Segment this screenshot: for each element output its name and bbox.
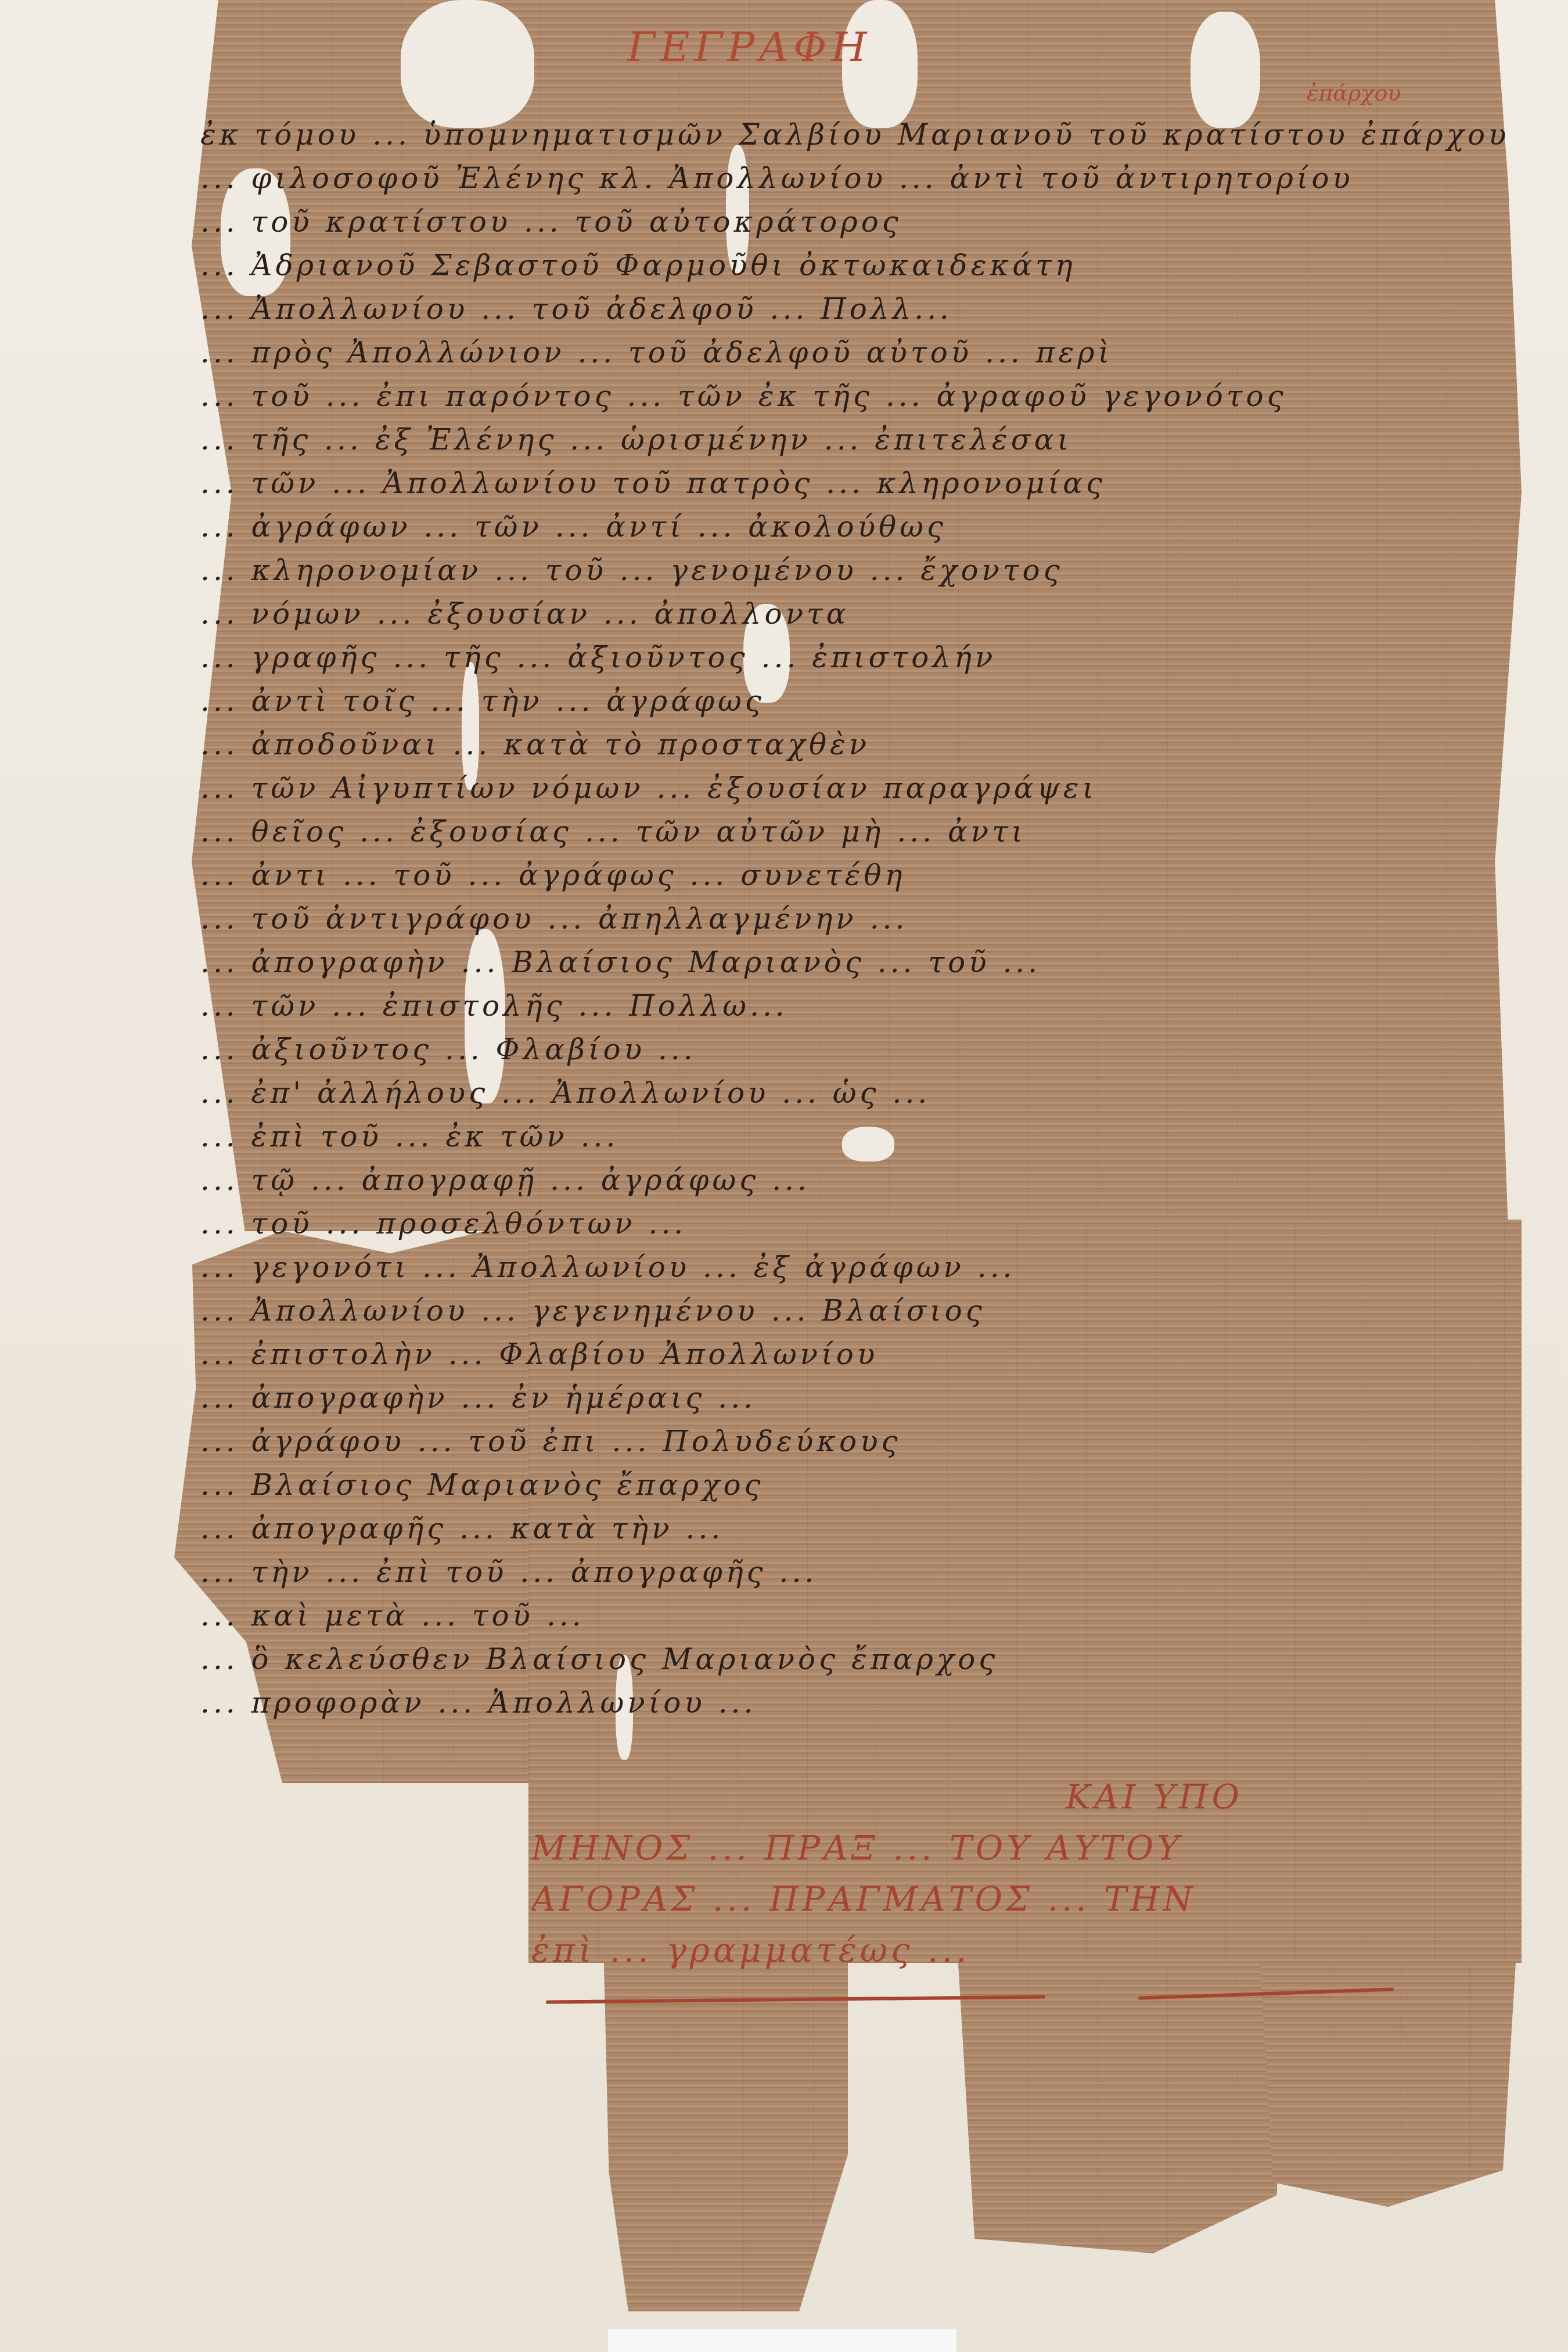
- text-line: ... ἐπὶ τοῦ ... ἐκ τῶν ...: [200, 1115, 1507, 1159]
- text-line: ... τῷ ... ἀπογραφῇ ... ἀγράφως ...: [200, 1159, 1507, 1202]
- text-line: ... τὴν ... ἐπὶ τοῦ ... ἀπογραφῆς ...: [200, 1551, 1507, 1594]
- text-line: ... τοῦ ... ἐπι παρόντος ... τῶν ἐκ τῆς …: [200, 375, 1507, 418]
- text-line: ... Ἀπολλωνίου ... τοῦ ἀδελφοῦ ... Πολλ.…: [200, 287, 1507, 331]
- text-line: ... ὃ κελεύσθεν Βλαίσιος Μαριανὸς ἔπαρχο…: [200, 1638, 1507, 1681]
- text-line: ... φιλοσοφοῦ Ἐλένης κλ. Ἀπολλωνίου ... …: [200, 157, 1507, 200]
- text-line: ... τοῦ ἀντιγράφου ... ἀπηλλαγμένην ...: [200, 897, 1507, 941]
- text-line: ... τῆς ... ἐξ Ἐλένης ... ὡρισμένην ... …: [200, 418, 1507, 462]
- text-line: ἐκ τόμου ... ὑπομνηματισμῶν Σαλβίου Μαρι…: [200, 113, 1507, 157]
- papyrus-bottom-strip-2: [958, 1963, 1283, 2253]
- text-line: ... γραφῆς ... τῆς ... ἀξιοῦντος ... ἐπι…: [200, 636, 1507, 679]
- text-line: ... ἀγράφων ... τῶν ... ἀντί ... ἀκολούθ…: [200, 505, 1507, 549]
- text-line: ... ἀντι ... τοῦ ... ἀγράφως ... συνετέθ…: [200, 854, 1507, 897]
- text-line: ... ἐπ' ἀλλήλους ... Ἀπολλωνίου ... ὡς .…: [200, 1071, 1507, 1115]
- text-line: ... καὶ μετὰ ... τοῦ ...: [200, 1594, 1507, 1638]
- text-line: ... ἀπογραφὴν ... Βλαίσιος Μαριανὸς ... …: [200, 941, 1507, 984]
- text-line: ... Ἀπολλωνίου ... γεγενημένου ... Βλαίσ…: [200, 1289, 1507, 1333]
- text-line: ... προφορὰν ... Ἀπολλωνίου ...: [200, 1681, 1507, 1725]
- text-line: ... γεγονότι ... Ἀπολλωνίου ... ἐξ ἀγράφ…: [200, 1246, 1507, 1289]
- text-line: ... τοῦ κρατίστου ... τοῦ αὐτοκράτορος: [200, 200, 1507, 244]
- text-line: ... ἀντὶ τοῖς ... τὴν ... ἀγράφως: [200, 679, 1507, 723]
- text-line: ... ἀποδοῦναι ... κατὰ τὸ προσταχθὲν: [200, 723, 1507, 767]
- papyrus-bottom-strip-1: [604, 1963, 848, 2311]
- red-top-right-note: ἐπάρχου: [1307, 80, 1401, 106]
- text-line: ... τῶν ... ἐπιστολῆς ... Πολλω...: [200, 984, 1507, 1028]
- text-line: ... Ἀδριανοῦ Σεβαστοῦ Φαρμοῦθι ὀκτωκαιδε…: [200, 244, 1507, 287]
- text-line: ... θεῖος ... ἐξουσίας ... τῶν αὐτῶν μὴ …: [200, 810, 1507, 854]
- text-line: ... ἀξιοῦντος ... Φλαβίου ...: [200, 1028, 1507, 1071]
- red-annotation-line: ἐπὶ ... γραμματέως ...: [531, 1925, 1519, 1976]
- red-annotation-line: ΑΓΟΡΑΣ ... ΠΡΑΓΜΑΤΟΣ ... ΤΗΝ: [531, 1873, 1519, 1925]
- text-line: ... ἐπιστολὴν ... Φλαβίου Ἀπολλωνίου: [200, 1333, 1507, 1376]
- text-line: ... κληρονομίαν ... τοῦ ... γενομένου ..…: [200, 549, 1507, 592]
- text-line: ... τῶν ... Ἀπολλωνίου τοῦ πατρὸς ... κλ…: [200, 462, 1507, 505]
- text-line: ... ἀπογραφῆς ... κατὰ τὴν ...: [200, 1507, 1507, 1551]
- papyrus-hole: [401, 0, 534, 128]
- text-line: ... Βλαίσιος Μαριανὸς ἔπαρχος: [200, 1463, 1507, 1507]
- red-header-inscription: ΓΕΓΡΑΦΗ: [627, 23, 871, 71]
- text-line: ... ἀπογραφὴν ... ἐν ἡμέραις ...: [200, 1376, 1507, 1420]
- red-annotation-line: ΚΑΙ ΥΠΟ: [531, 1771, 1519, 1822]
- mount-label-card: [608, 2328, 956, 2352]
- text-line: ... τοῦ ... προσελθόντων ...: [200, 1202, 1507, 1246]
- red-annotation-block: ΚΑΙ ΥΠΟ ΜΗΝΟΣ ... ΠΡΑΞ ... ΤΟΥ ΑΥΤΟΥ ΑΓΟ…: [531, 1771, 1519, 1976]
- text-line: ... ἀγράφου ... τοῦ ἐπι ... Πολυδεύκους: [200, 1420, 1507, 1463]
- main-text-block: ἐκ τόμου ... ὑπομνηματισμῶν Σαλβίου Μαρι…: [200, 113, 1507, 1725]
- text-line: ... τῶν Αἰγυπτίων νόμων ... ἐξουσίαν παρ…: [200, 767, 1507, 810]
- text-line: ... νόμων ... ἐξουσίαν ... ἀπολλοντα: [200, 592, 1507, 636]
- papyrus-bottom-strip-3: [1260, 1963, 1516, 2207]
- papyrus-hole: [1191, 12, 1260, 128]
- red-annotation-line: ΜΗΝΟΣ ... ΠΡΑΞ ... ΤΟΥ ΑΥΤΟΥ: [531, 1822, 1519, 1873]
- text-line: ... πρὸς Ἀπολλώνιον ... τοῦ ἀδελφοῦ αὐτο…: [200, 331, 1507, 375]
